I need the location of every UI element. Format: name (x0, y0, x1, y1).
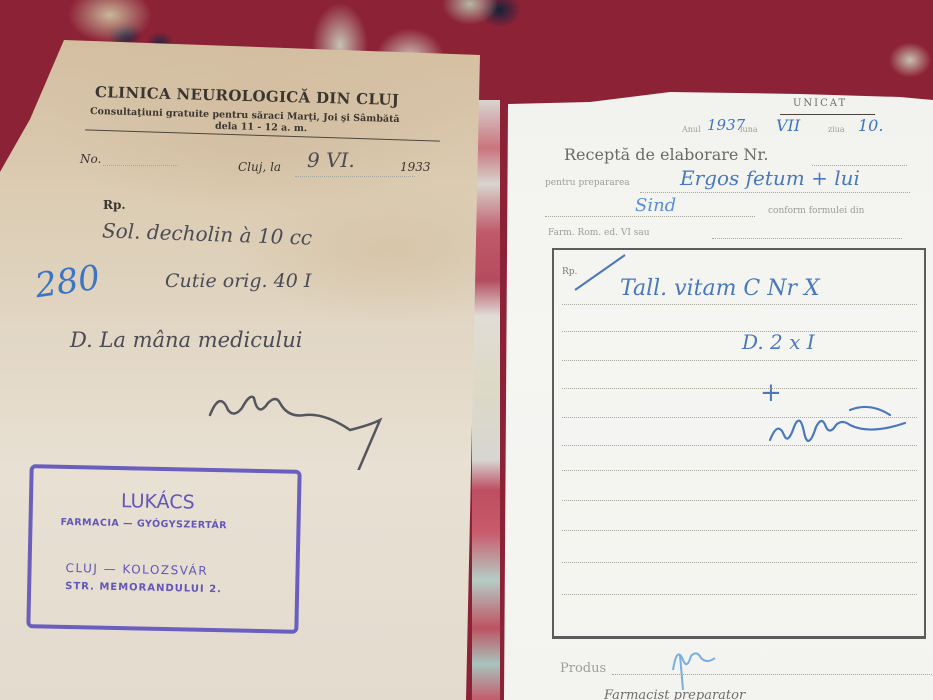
rx-line-b (562, 331, 917, 332)
pharmacist-signature-scribble (760, 395, 930, 475)
unicat-label: UNICAT (793, 98, 847, 109)
stamp-line-3: STR. MEMORANDULUI 2. (65, 581, 222, 595)
number-field-line (103, 165, 178, 166)
number-label: No. (80, 152, 101, 166)
doctor-signature-scribble (205, 380, 415, 470)
rx-right-line-1: Tall. vitam C Nr X (620, 276, 820, 301)
rx-label: Rp. (103, 198, 126, 212)
rx-line-g (562, 470, 917, 471)
rx-line-e (562, 417, 917, 418)
preparation-line-2 (545, 216, 755, 217)
year: 1933 (400, 160, 431, 174)
month-value: VII (776, 116, 800, 135)
pharmacy-stamp: LUKÁCS FARMACIA — GYÓGYSZERTÁR CLUJ — KO… (26, 464, 301, 634)
date-field-line (295, 176, 415, 177)
rx-line-k (562, 594, 917, 595)
pharmacopoeia-line (712, 238, 902, 239)
place-label: Cluj, la (238, 160, 281, 174)
product-signature-scribble (665, 640, 725, 690)
stamp-name: LUKÁCS (121, 490, 195, 514)
day-value: 10. (858, 116, 883, 135)
rx-line-3: D. La mâna medicului (70, 328, 302, 352)
rx-line-j (562, 562, 917, 563)
according-label: conform formulei din (768, 206, 864, 216)
pharmacopoeia-label: Farm. Rom. ed. VI sau (548, 228, 650, 238)
handwritten-date: 9 VI. (307, 148, 355, 172)
pharmacist-label: Farmacist preparator (604, 688, 745, 700)
rx-line-c (562, 360, 917, 361)
preparation-handwritten-line2: Sind (635, 195, 676, 216)
day-label: ziua (828, 125, 845, 134)
rx-line-a (562, 304, 917, 305)
product-line (612, 674, 932, 675)
rx-line-f (562, 445, 917, 446)
rx-line-i (562, 530, 917, 531)
preparation-line-1 (640, 192, 910, 193)
recipe-title: Receptă de elaborare Nr. (564, 145, 768, 164)
unicat-underline (780, 114, 875, 115)
month-label: luna (740, 125, 758, 134)
stamp-line-2: CLUJ — KOLOZSVÁR (65, 561, 208, 578)
for-preparation-label: pentru prepararea (545, 178, 630, 188)
rx-line-2: Cutie orig. 40 I (165, 270, 311, 292)
year-label: Anul (682, 125, 701, 134)
stamp-line-1: FARMACIA — GYÓGYSZERTÁR (60, 517, 227, 531)
product-label: Produs (560, 661, 606, 676)
preparation-handwritten-line1: Ergos fetum + lui (680, 166, 860, 190)
rx-right-line-2: D. 2 x I (742, 330, 815, 354)
rx-line-d (562, 388, 917, 389)
rx-line-h (562, 500, 917, 501)
